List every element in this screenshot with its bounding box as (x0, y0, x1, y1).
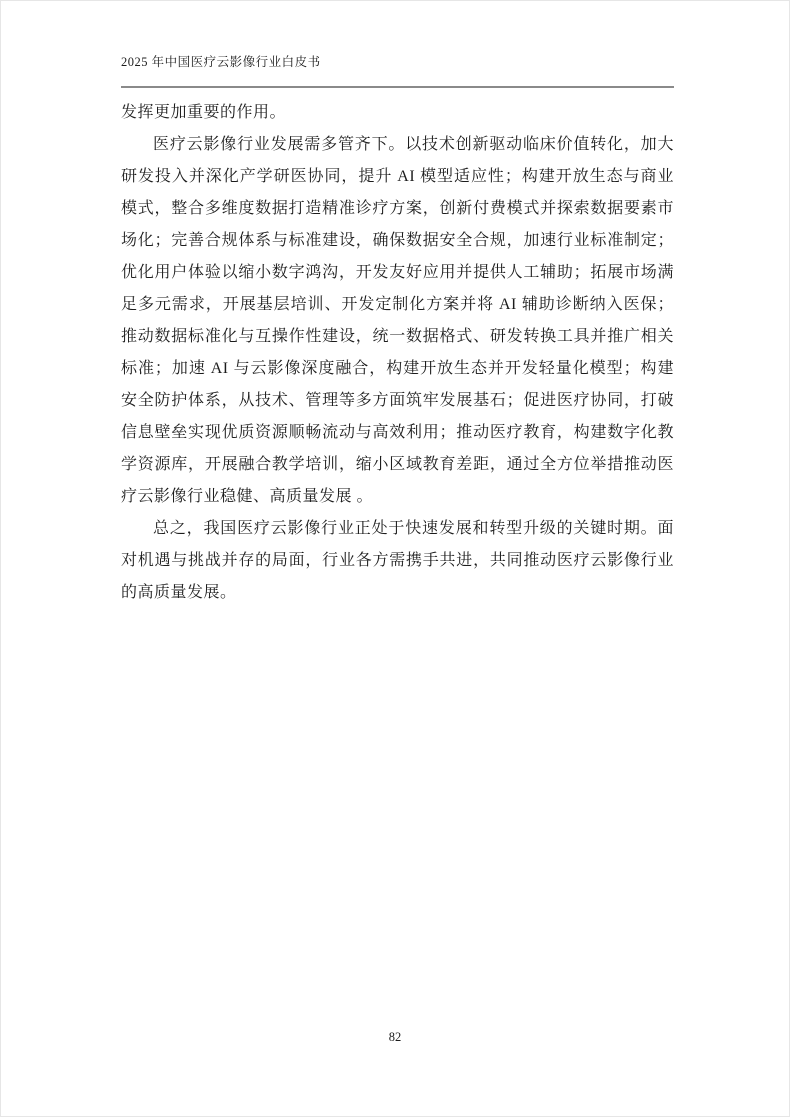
header-divider (121, 86, 674, 88)
running-header-title: 2025 年中国医疗云影像行业白皮书 (121, 53, 674, 71)
document-page: 2025 年中国医疗云影像行业白皮书 发挥更加重要的作用。 医疗云影像行业发展需… (0, 0, 790, 1117)
body-paragraph: 总之，我国医疗云影像行业正处于快速发展和转型升级的关键时期。面对机遇与挑战并存的… (121, 513, 674, 609)
body-paragraph: 发挥更加重要的作用。 (121, 97, 674, 129)
body-paragraph: 医疗云影像行业发展需多管齐下。以技术创新驱动临床价值转化，加大研发投入并深化产学… (121, 129, 674, 513)
page-number: 82 (1, 1029, 789, 1045)
document-body: 发挥更加重要的作用。 医疗云影像行业发展需多管齐下。以技术创新驱动临床价值转化，… (121, 97, 674, 609)
